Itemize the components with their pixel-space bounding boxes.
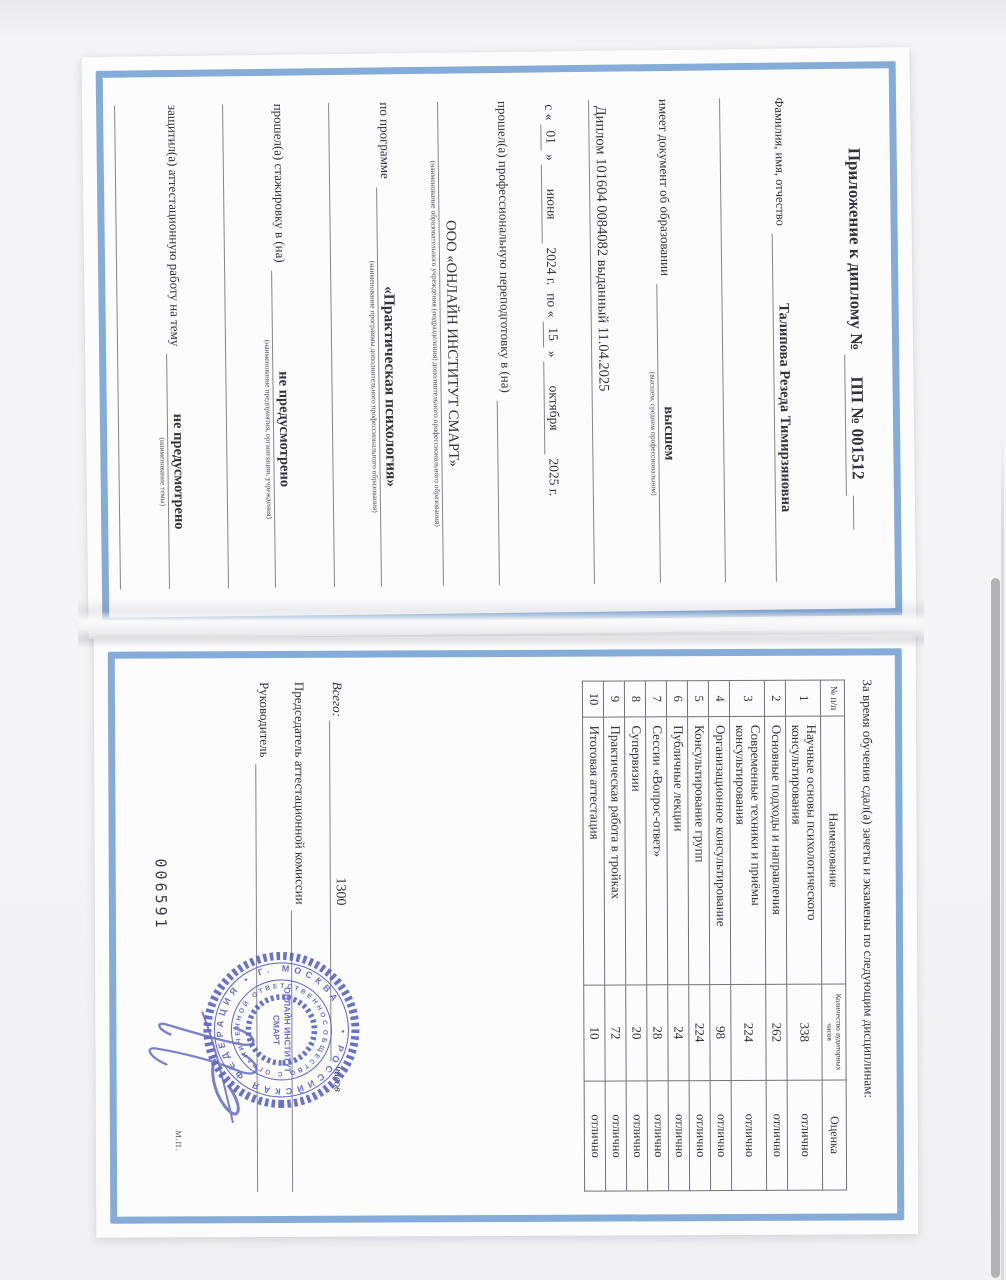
organization-caption: (наименование образовательного учреждени…: [428, 102, 443, 586]
table-header-row: № п/п Наименование Количество аудиторных…: [821, 680, 847, 1190]
field-thesis: защитил(а) аттестационную работу на тему…: [163, 105, 188, 589]
table-row: 9 Практическая работа в тройках 72 отлич…: [604, 681, 627, 1191]
training-period-line: с « 01 » июня 2024 г. по « 15 » октября …: [540, 100, 564, 584]
col-name: Наименование: [821, 716, 846, 984]
chairman-signature-line: Председатель аттестационной комиссии: [290, 682, 309, 1192]
stamp-center-line2: СМАРТ: [271, 1015, 281, 1046]
form-serial-number: 006591: [152, 858, 170, 930]
title-number: ПП № 001512: [844, 354, 868, 495]
page-title: Приложение к диплому № ПП № 001512: [841, 97, 869, 581]
scroll-track: [1001, 430, 1004, 1280]
internship-caption: (наименование предприятия, организации, …: [262, 271, 275, 588]
table-row: 5 Консультирование групп 224 отлично: [688, 681, 711, 1191]
photo-viewer: Приложение к диплому № ПП № 001512 Фамил…: [0, 0, 1006, 1280]
from-day: 01: [540, 124, 558, 150]
document-page-1: Приложение к диплому № ПП № 001512 Фамил…: [81, 47, 916, 639]
organization-line: ООО «ОНЛАЙН ИНСТИТУТ СМАРТ» (наименовани…: [437, 101, 463, 585]
thesis-caption: (наименование темы): [157, 354, 169, 589]
document-page-2: За время обучения сдал(а) зачеты и экзам…: [94, 634, 919, 1238]
blank-line: [114, 106, 121, 590]
table-row: 3 Современные техники и приёмы консульти…: [730, 680, 767, 1190]
col-grade: Оценка: [822, 1080, 846, 1190]
organization-value: ООО «ОНЛАЙН ИНСТИТУТ СМАРТ»: [442, 220, 461, 467]
table-row: 10 Итоговая аттестация 10 отлично: [583, 681, 606, 1191]
education-caption: (высшем, среднем профессиональном): [647, 284, 660, 583]
table-row: 6 Публичные лекции 24 отлично: [667, 681, 690, 1191]
thesis-value: не предусмотрено (наименование темы): [166, 354, 188, 589]
scrollbar-thumb[interactable]: [991, 578, 1000, 1278]
field-retraining: прошел(а) профессиональную переподготовк…: [493, 101, 516, 585]
to-day: 15: [543, 321, 561, 347]
courses-table: № п/п Наименование Количество аудиторных…: [582, 680, 847, 1192]
table-row: 7 Сессии «Вопрос-ответ» 28 отлично: [646, 681, 669, 1191]
blank-line: [222, 104, 229, 588]
field-program: по программе «Практическая психология» (…: [375, 102, 401, 586]
field-education: имеет документ об образовании высшем (вы…: [654, 99, 679, 583]
blank-line: [719, 98, 726, 582]
stamp-center-line1: ОНЛАЙН ИНСТИТУТ: [282, 987, 293, 1073]
internship-value: не предусмотрено (наименование предприят…: [271, 271, 294, 588]
grades-intro: За время обучения сдал(а) зачеты и экзам…: [859, 679, 877, 1189]
program-value: «Практическая психология» (наименование …: [376, 187, 401, 587]
col-hours: Количество аудиторных часов: [822, 984, 846, 1080]
table-row: 8 Супервизии 20 отлично: [625, 681, 648, 1191]
full-name-value: Талипова Резеда Тимирзяновна: [772, 234, 795, 582]
table-row: 2 Основные подходы и направления 262 отл…: [765, 680, 788, 1190]
to-month: октября: [543, 361, 562, 454]
table-row: 4 Организационное консультирование 98 от…: [709, 681, 732, 1191]
field-internship: прошел(а) стажировку в (на) не предусмот…: [269, 104, 294, 588]
education-value: высшем (высшем, среднем профессиональном…: [656, 284, 679, 583]
program-caption: (наименование программы дополнительного …: [367, 187, 381, 587]
table-row: 1 Научные основы психологического консул…: [786, 680, 823, 1190]
signature-scribble: [138, 990, 269, 1161]
col-num: № п/п: [821, 680, 845, 716]
title-prefix: Приложение к диплому №: [845, 148, 866, 351]
from-month: июня: [541, 165, 560, 244]
blank-line: [328, 103, 335, 587]
diploma-number-line: Диплом 101604 0084082 выданный 11.04.202…: [588, 100, 614, 584]
field-full-name: Фамилия, имя, отчество Талипова Резеда Т…: [770, 97, 795, 581]
